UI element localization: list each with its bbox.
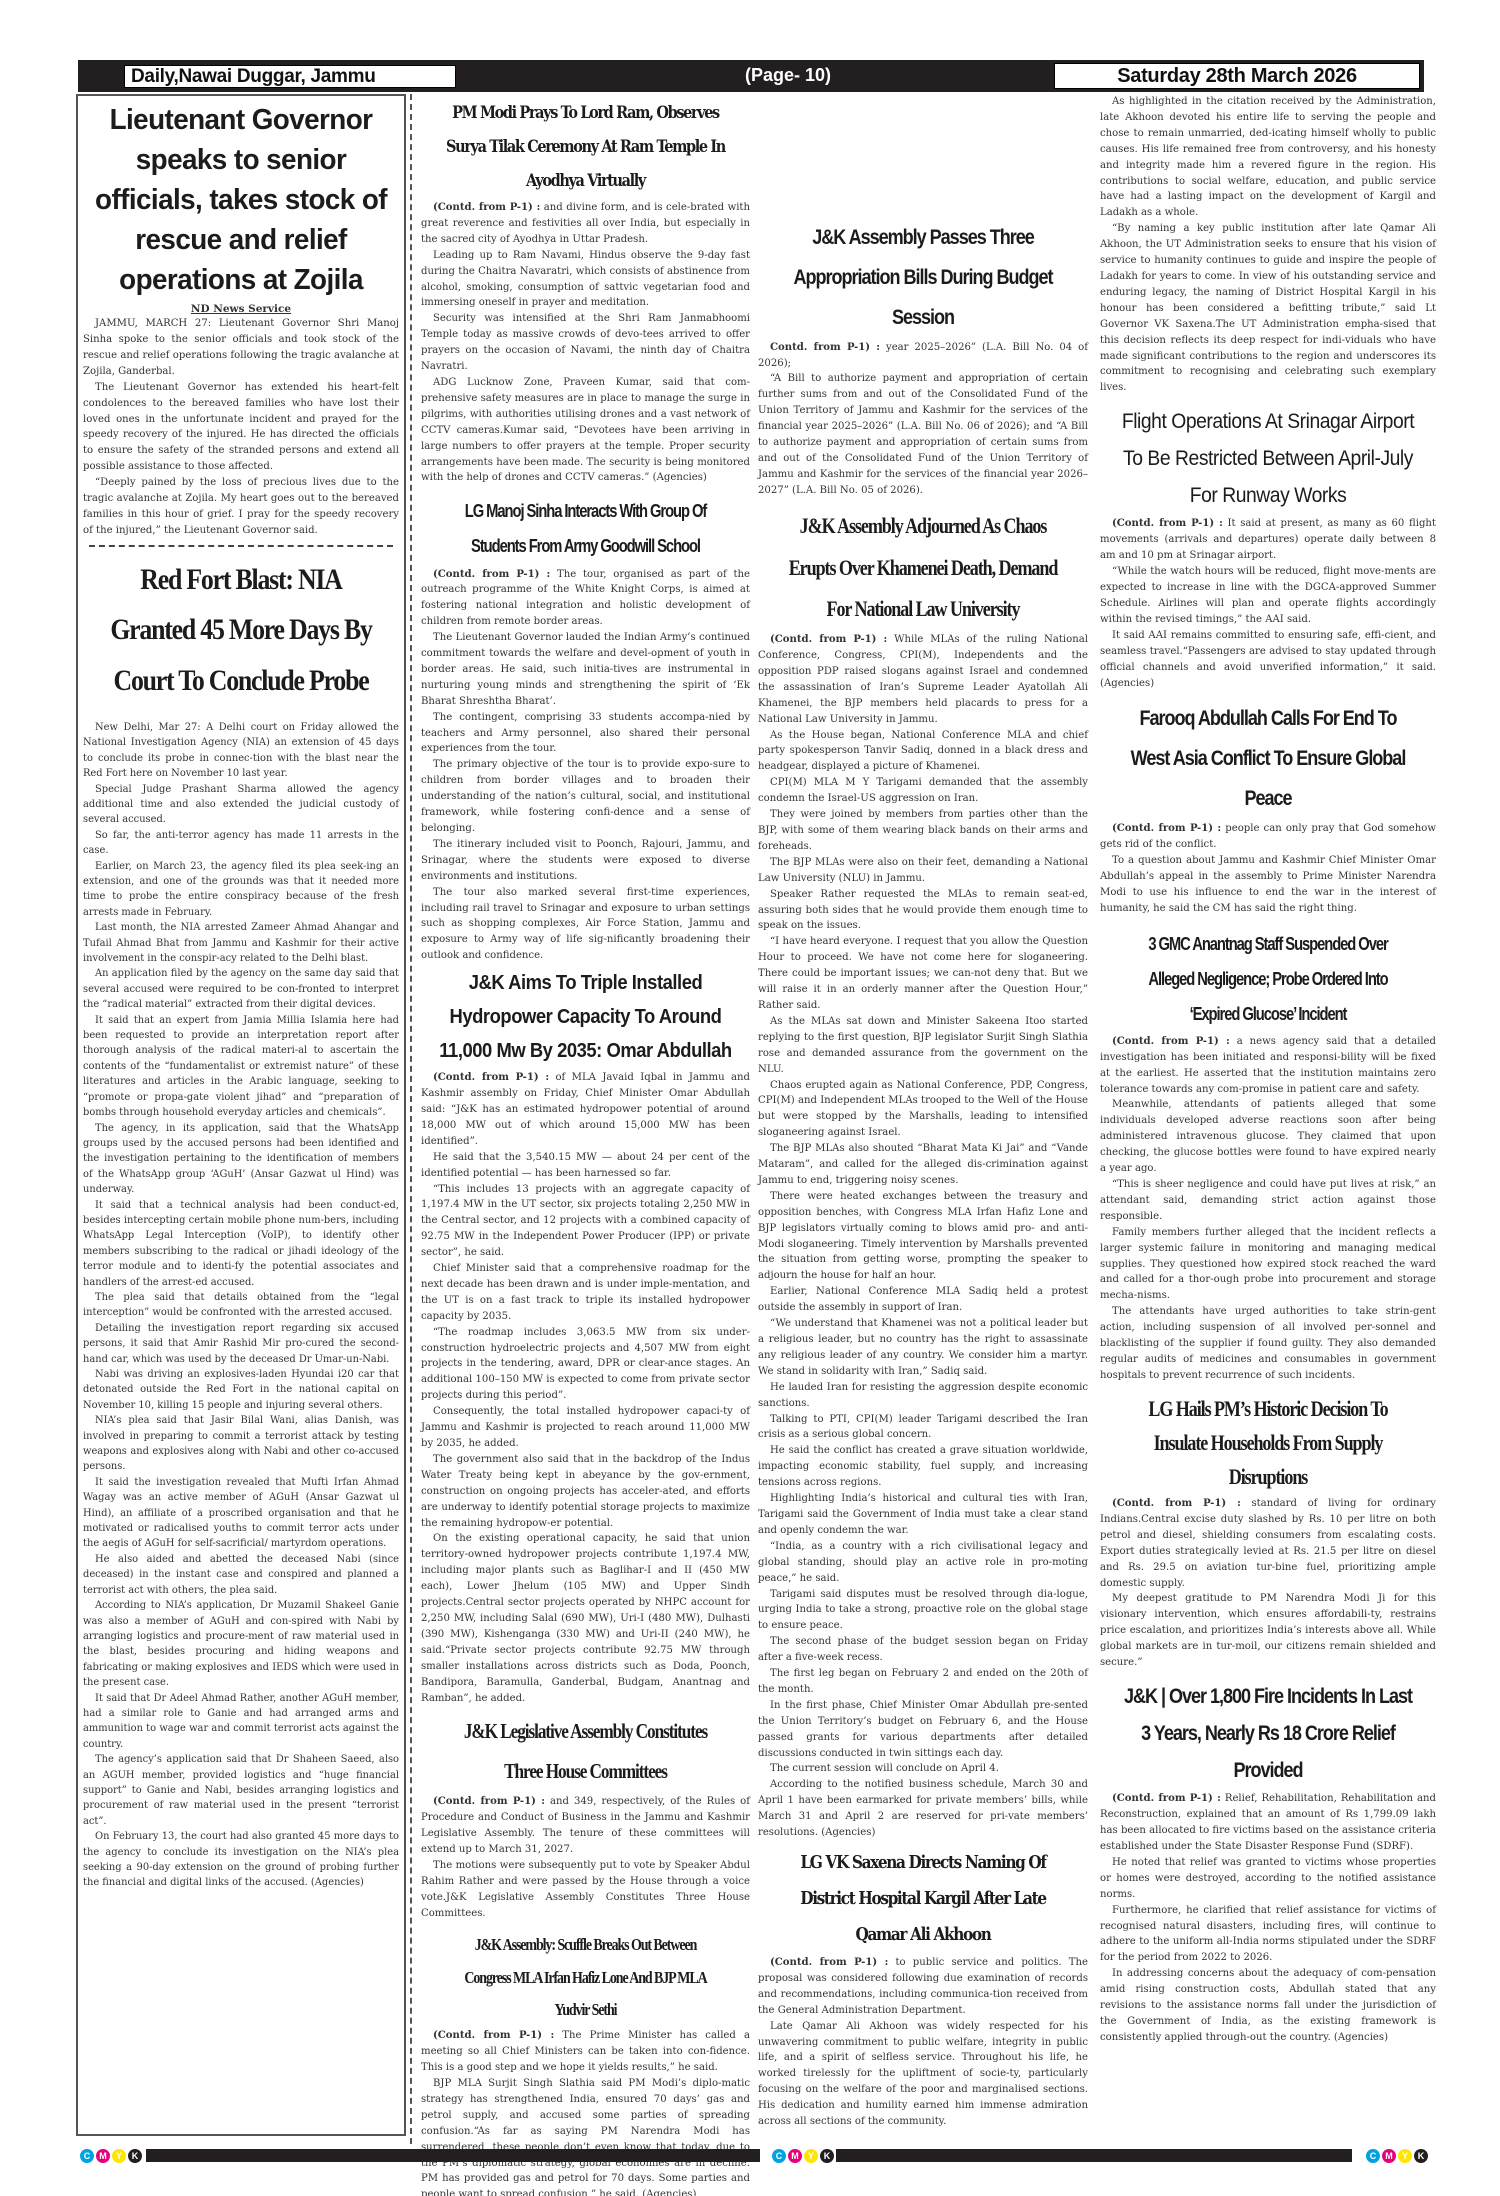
- paragraph: The primary objective of the tour is to …: [421, 757, 750, 837]
- article-kargil-hospital-continued: As highlighted in the citation received …: [1100, 94, 1436, 396]
- yellow-dot-icon: Y: [112, 2149, 126, 2163]
- paragraph: He lauded Iran for resisting the aggress…: [758, 1380, 1088, 1412]
- contd-label: (Contd. from P-1) :: [433, 569, 550, 580]
- byline: ND News Service: [83, 302, 399, 316]
- paragraph: “By naming a key public institution afte…: [1100, 221, 1436, 396]
- paragraph: Chaos erupted again as National Conferen…: [758, 1078, 1088, 1142]
- paragraph: (Contd. from P-1) : It said at present, …: [1100, 516, 1436, 564]
- paragraph: “A Bill to authorize payment and appropr…: [758, 371, 1088, 498]
- newspaper-name: Daily,Nawai Duggar, Jammu: [124, 65, 456, 88]
- paragraph: Last month, the NIA arrested Zameer Ahma…: [83, 920, 399, 966]
- article-gmc-anantnag: 3 GMC Anantnag Staff Suspended Over Alle…: [1100, 927, 1436, 1384]
- article-farooq-abdullah: Farooq Abdullah Calls For End To West As…: [1100, 699, 1436, 916]
- paragraph: There were heated exchanges between the …: [758, 1189, 1088, 1284]
- paragraph: Contd. from P-1) : year 2025–2026” (L.A.…: [758, 340, 1088, 372]
- paragraph: The BJP MLAs were also on their feet, de…: [758, 855, 1088, 887]
- paragraph: (Contd. from P-1) : standard of living f…: [1100, 1496, 1436, 1591]
- magenta-dot-icon: M: [96, 2149, 110, 2163]
- column-4: As highlighted in the citation received …: [1100, 94, 1436, 2046]
- cmyk-registration-mark: CMYK: [80, 2149, 144, 2163]
- cyan-dot-icon: C: [772, 2149, 786, 2163]
- headline: PM Modi Prays To Lord Ram, Observes Sury…: [446, 96, 726, 198]
- article-house-committees: J&K Legislative Assembly Constitutes Thr…: [421, 1712, 750, 1921]
- paragraph: It said that an expert from Jamia Millia…: [83, 1013, 399, 1121]
- paragraph: As highlighted in the citation received …: [1100, 94, 1436, 221]
- paragraph: It said the investigation revealed that …: [83, 1475, 399, 1552]
- dashed-divider: [89, 545, 393, 547]
- paragraph: Late Qamar Ali Akhoon was widely respect…: [758, 2019, 1088, 2130]
- contd-label: (Contd. from P-1) :: [770, 634, 887, 645]
- headline: J&K Assembly: Scuffle Breaks Out Between…: [451, 1929, 721, 2026]
- paragraph: As the MLAs sat down and Minister Sakeen…: [758, 1014, 1088, 1078]
- headline: Red Fort Blast: NIA Granted 45 More Days…: [105, 555, 377, 706]
- paragraph: The agency, in its application, said tha…: [83, 1121, 399, 1198]
- paragraph: “While the watch hours will be reduced, …: [1100, 564, 1436, 628]
- paragraph: They were joined by members from parties…: [758, 807, 1088, 855]
- cyan-dot-icon: C: [80, 2149, 94, 2163]
- paragraph: Highlighting India’s historical and cult…: [758, 1491, 1088, 1539]
- column-2: PM Modi Prays To Lord Ram, Observes Sury…: [410, 94, 750, 2144]
- black-print-bar: [836, 2149, 1352, 2162]
- paragraph: The contingent, comprising 33 students a…: [421, 710, 750, 758]
- paragraph: The BJP MLAs also shouted “Bharat Mata K…: [758, 1141, 1088, 1189]
- headline: Lieutenant Governor speaks to senior off…: [89, 100, 392, 300]
- paragraph: (Contd. from P-1) : and 349, respectivel…: [421, 1794, 750, 1858]
- headline: Farooq Abdullah Calls For End To West As…: [1124, 699, 1413, 819]
- paragraph: He noted that relief was granted to vict…: [1100, 1855, 1436, 1903]
- headline: J&K | Over 1,800 Fire Incidents In Last …: [1124, 1679, 1413, 1789]
- contd-label: (Contd. from P-1) :: [770, 1957, 888, 1968]
- paragraph: An application filed by the agency on th…: [83, 966, 399, 1012]
- paragraph: “This is sheer negligence and could have…: [1100, 1177, 1436, 1225]
- paragraph: Speaker Rather requested the MLAs to rem…: [758, 887, 1088, 935]
- headline: J&K Aims To Triple Installed Hydropower …: [434, 966, 737, 1068]
- paragraph: ADG Lucknow Zone, Praveen Kumar, said th…: [421, 375, 750, 486]
- paragraph: “The roadmap includes 3,063.5 MW from si…: [421, 1325, 750, 1405]
- paragraph: “I have heard everyone. I request that y…: [758, 934, 1088, 1014]
- article-srinagar-flights: Flight Operations At Srinagar Airport To…: [1100, 404, 1436, 691]
- paragraph: CPI(M) MLA M Y Tarigami demanded that th…: [758, 775, 1088, 807]
- contd-label: Contd. from P-1) :: [770, 342, 880, 353]
- magenta-dot-icon: M: [1382, 2149, 1396, 2163]
- headline: 3 GMC Anantnag Staff Suspended Over Alle…: [1130, 927, 1406, 1032]
- contd-label: (Contd. from P-1) :: [1112, 518, 1223, 529]
- article-kargil-hospital: LG VK Saxena Directs Naming Of District …: [758, 1845, 1088, 2130]
- paragraph: He also aided and abetted the deceased N…: [83, 1552, 399, 1598]
- paragraph-text: standard of living for ordinary Indians.…: [1100, 1498, 1436, 1589]
- paragraph: Earlier, National Conference MLA Sadiq h…: [758, 1284, 1088, 1316]
- paragraph: (Contd. from P-1) : a news agency said t…: [1100, 1034, 1436, 1098]
- article-fire-incidents: J&K | Over 1,800 Fire Incidents In Last …: [1100, 1679, 1436, 2046]
- paragraph: (Contd. from P-1) : The Prime Minister h…: [421, 2028, 750, 2076]
- paragraph: My deepest gratitude to PM Narendra Modi…: [1100, 1591, 1436, 1671]
- page-header-bar: Daily,Nawai Duggar, Jammu (Page- 10) Sat…: [78, 60, 1424, 92]
- paragraph: The itinerary included visit to Poonch, …: [421, 837, 750, 885]
- contd-label: (Contd. from P-1) :: [433, 202, 540, 213]
- paragraph: JAMMU, MARCH 27: Lieutenant Governor Shr…: [83, 316, 399, 380]
- contd-label: (Contd. from P-1) :: [433, 2030, 554, 2041]
- black-dot-icon: K: [1414, 2149, 1428, 2163]
- cyan-dot-icon: C: [1366, 2149, 1380, 2163]
- contd-label: (Contd. from P-1) :: [1112, 823, 1221, 834]
- paragraph: (Contd. from P-1) : to public service an…: [758, 1955, 1088, 2019]
- paragraph: The Lieutenant Governor lauded the India…: [421, 630, 750, 710]
- headline: LG Manoj Sinha Interacts With Group Of S…: [451, 494, 721, 564]
- paragraph: As the House began, National Conference …: [758, 728, 1088, 776]
- paragraph: The Lieutenant Governor has extended his…: [83, 380, 399, 475]
- paragraph: The motions were subsequently put to vot…: [421, 1858, 750, 1922]
- yellow-dot-icon: Y: [804, 2149, 818, 2163]
- contd-label: (Contd. from P-1) :: [1112, 1036, 1230, 1047]
- paragraph: According to NIA’s application, Dr Muzam…: [83, 1598, 399, 1690]
- paragraph: (Contd. from P-1) : and divine form, and…: [421, 200, 750, 248]
- paragraph: The tour also marked several first-time …: [421, 885, 750, 965]
- paragraph: The government also said that in the bac…: [421, 1452, 750, 1532]
- paragraph: It said AAI remains committed to ensurin…: [1100, 628, 1436, 692]
- paragraph: According to the notified business sched…: [758, 1777, 1088, 1841]
- contd-label: (Contd. from P-1) :: [1112, 1498, 1241, 1509]
- paragraph: Nabi was driving an explosives-laden Hyu…: [83, 1367, 399, 1413]
- cmyk-registration-mark: CMYK: [1366, 2149, 1430, 2163]
- column-1: Lieutenant Governor speaks to senior off…: [76, 94, 406, 2136]
- paragraph: Consequently, the total installed hydrop…: [421, 1404, 750, 1452]
- paragraph: Earlier, on March 23, the agency filed i…: [83, 859, 399, 921]
- contd-label: (Contd. from P-1) :: [433, 1072, 549, 1083]
- paragraph: “This includes 13 projects with an aggre…: [421, 1182, 750, 1262]
- contd-label: (Contd. from P-1) :: [433, 1796, 545, 1807]
- paragraph: (Contd. from P-1) : While MLAs of the ru…: [758, 632, 1088, 727]
- article-appropriation-bills: J&K Assembly Passes Three Appropriation …: [758, 218, 1088, 499]
- headline: Flight Operations At Srinagar Airport To…: [1113, 404, 1422, 514]
- paragraph: Furthermore, he clarified that relief as…: [1100, 1903, 1436, 1967]
- paragraph: It said that a technical analysis had be…: [83, 1198, 399, 1290]
- publication-date: Saturday 28th March 2026: [1054, 63, 1420, 89]
- paragraph: The plea said that details obtained from…: [83, 1290, 399, 1321]
- magenta-dot-icon: M: [788, 2149, 802, 2163]
- paragraph: The first leg began on February 2 and en…: [758, 1666, 1088, 1698]
- paragraph: “We understand that Khamenei was not a p…: [758, 1316, 1088, 1380]
- article-lg-students: LG Manoj Sinha Interacts With Group Of S…: [421, 494, 750, 964]
- headline: J&K Assembly Passes Three Appropriation …: [781, 218, 1065, 338]
- article-lg-zojila: Lieutenant Governor speaks to senior off…: [83, 100, 399, 539]
- paragraph: The current session will conclude on Apr…: [758, 1761, 1088, 1777]
- yellow-dot-icon: Y: [1398, 2149, 1412, 2163]
- contd-label: (Contd. from P-1) :: [1112, 1793, 1221, 1804]
- paragraph: He said that the 3,540.15 MW — about 24 …: [421, 1150, 750, 1182]
- paragraph-text: of MLA Javaid Iqbal in Jammu and Kashmir…: [421, 1072, 750, 1147]
- paragraph: Family members further alleged that the …: [1100, 1225, 1436, 1305]
- paragraph: The agency’s application said that Dr Sh…: [83, 1752, 399, 1829]
- black-print-bar: [146, 2149, 760, 2162]
- paragraph: It said that Dr Adeel Ahmad Rather, anot…: [83, 1691, 399, 1753]
- paragraph: To a question about Jammu and Kashmir Ch…: [1100, 853, 1436, 917]
- page-number: (Page- 10): [678, 63, 898, 87]
- paragraph: Leading up to Ram Navami, Hindus observe…: [421, 248, 750, 312]
- column-3: J&K Assembly Passes Three Appropriation …: [758, 94, 1088, 2130]
- paragraph: (Contd. from P-1) : of MLA Javaid Iqbal …: [421, 1070, 750, 1150]
- headline: LG VK Saxena Directs Naming Of District …: [783, 1845, 1064, 1953]
- paragraph: NIA’s plea said that Jasir Bilal Wani, a…: [83, 1413, 399, 1475]
- paragraph: Special Judge Prashant Sharma allowed th…: [83, 782, 399, 828]
- paragraph: Tarigami said disputes must be resolved …: [758, 1587, 1088, 1635]
- article-pm-ram: PM Modi Prays To Lord Ram, Observes Sury…: [421, 96, 750, 486]
- paragraph: New Delhi, Mar 27: A Delhi court on Frid…: [83, 720, 399, 782]
- paragraph: Detailing the investigation report regar…: [83, 1321, 399, 1367]
- paragraph: On the existing operational capacity, he…: [421, 1531, 750, 1706]
- paragraph: In the first phase, Chief Minister Omar …: [758, 1698, 1088, 1762]
- paragraph: (Contd. from P-1) : people can only pray…: [1100, 821, 1436, 853]
- black-dot-icon: K: [128, 2149, 142, 2163]
- article-khamenei-chaos: J&K Assembly Adjourned As Chaos Erupts O…: [758, 505, 1088, 1841]
- headline: J&K Assembly Adjourned As Chaos Erupts O…: [788, 505, 1059, 630]
- paragraph-text: While MLAs of the ruling National Confer…: [758, 634, 1088, 725]
- paragraph: (Contd. from P-1) : Relief, Rehabilitati…: [1100, 1791, 1436, 1855]
- paragraph: “Deeply pained by the loss of precious l…: [83, 475, 399, 539]
- paragraph: Security was intensified at the Shri Ram…: [421, 311, 750, 375]
- paragraph: The attendants have urged authorities to…: [1100, 1304, 1436, 1384]
- black-dot-icon: K: [820, 2149, 834, 2163]
- paragraph: He said the conflict has created a grave…: [758, 1443, 1088, 1491]
- paragraph: So far, the anti-terror agency has made …: [83, 828, 399, 859]
- paragraph: On February 13, the court had also grant…: [83, 1829, 399, 1891]
- paragraph: Chief Minister said that a comprehensive…: [421, 1261, 750, 1325]
- paragraph: Talking to PTI, CPI(M) leader Tarigami d…: [758, 1412, 1088, 1444]
- headline: J&K Legislative Assembly Constitutes Thr…: [451, 1712, 721, 1792]
- paragraph: In addressing concerns about the adequac…: [1100, 1966, 1436, 2046]
- article-hydropower: J&K Aims To Triple Installed Hydropower …: [421, 966, 750, 1706]
- paragraph: “India, as a country with a rich civilis…: [758, 1539, 1088, 1587]
- paragraph: Meanwhile, attendants of patients allege…: [1100, 1097, 1436, 1177]
- cmyk-registration-mark: CMYK: [772, 2149, 836, 2163]
- paragraph: BJP MLA Surjit Singh Slathia said PM Mod…: [421, 2076, 750, 2196]
- paragraph: The second phase of the budget session b…: [758, 1634, 1088, 1666]
- paragraph: (Contd. from P-1) : The tour, organised …: [421, 567, 750, 631]
- article-lg-hails-pm: LG Hails PM’s Historic Decision To Insul…: [1100, 1392, 1436, 1671]
- article-red-fort-blast: Red Fort Blast: NIA Granted 45 More Days…: [83, 555, 399, 1891]
- headline: LG Hails PM’s Historic Decision To Insul…: [1130, 1392, 1406, 1494]
